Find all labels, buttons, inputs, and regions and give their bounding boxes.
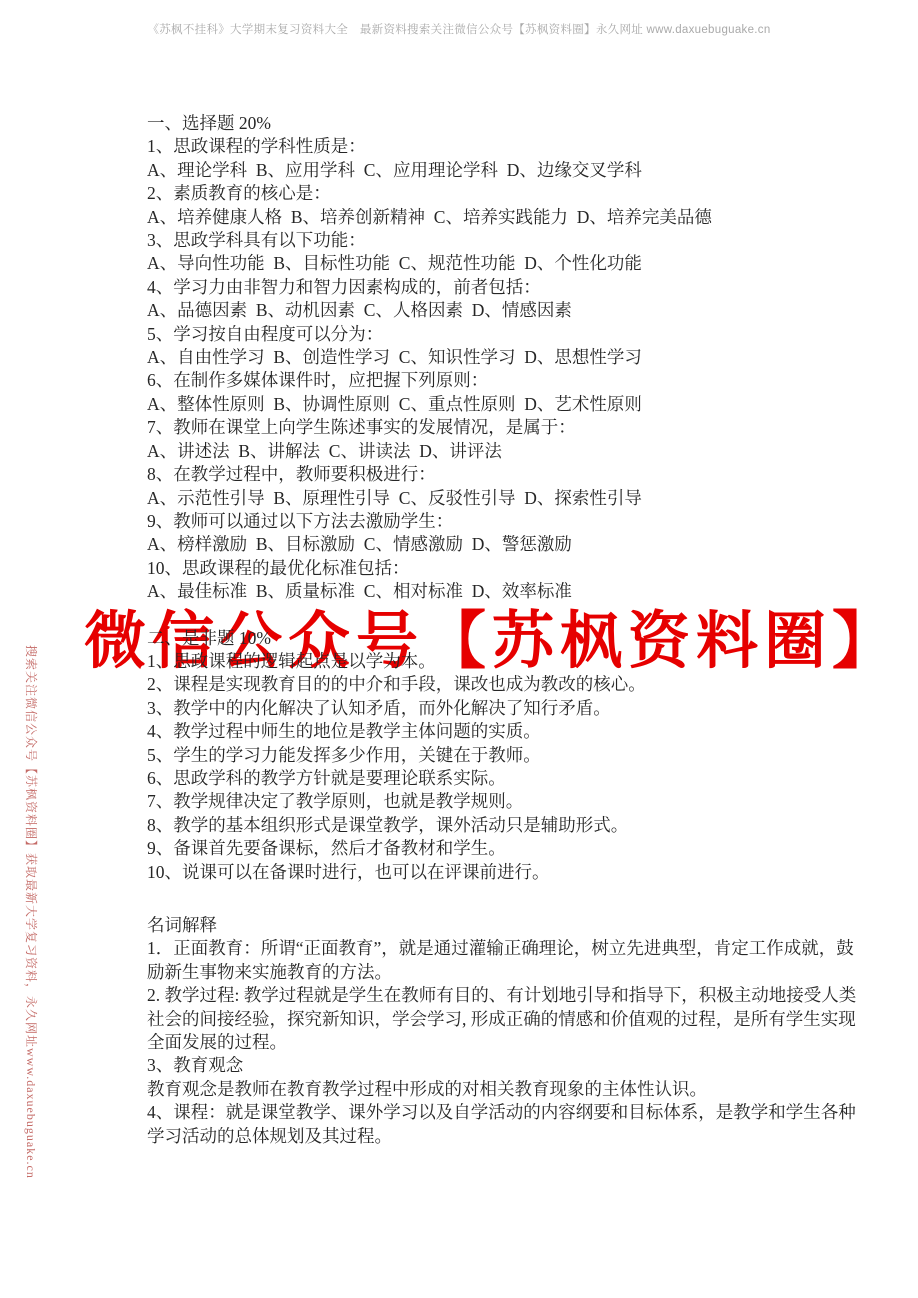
document-line: A、自由性学习 B、创造性学习 C、知识性学习 D、思想性学习 [147, 346, 861, 369]
document-line: 6、思政学科的教学方针就是要理论联系实际。 [147, 767, 861, 790]
document-line: A、示范性引导 B、原理性引导 C、反驳性引导 D、探索性引导 [147, 487, 861, 510]
document-line: 3、教育观念 [147, 1054, 861, 1077]
document-line: 10、思政课程的最优化标准包括： [147, 557, 861, 580]
document-line: 4、课程：就是课堂教学、课外学习以及自学活动的内容纲要和目标体系，是教学和学生各… [147, 1101, 861, 1148]
document-line: 10、说课可以在备课时进行，也可以在评课前进行。 [147, 861, 861, 884]
document-line: 1．正面教育：所谓“正面教育”，就是通过灌输正确理论，树立先进典型，肯定工作成就… [147, 937, 861, 984]
section2-title: 二、是非题 10% [147, 627, 861, 650]
document-line: 6、在制作多媒体课件时，应把握下列原则： [147, 369, 861, 392]
document-line: A、最佳标准 B、质量标准 C、相对标准 D、效率标准 [147, 580, 861, 603]
section-gap [147, 884, 861, 914]
document-line: A、讲述法 B、讲解法 C、讲读法 D、讲评法 [147, 440, 861, 463]
side-watermark: 搜索关注微信公众号【苏枫资料圈】获取最新大学复习资料，永久网址www.daxue… [23, 645, 40, 1179]
document-line: 9、备课首先要备课标，然后才备教材和学生。 [147, 837, 861, 860]
document-line: A、理论学科 B、应用学科 C、应用理论学科 D、边缘交叉学科 [147, 159, 861, 182]
header-note: 《苏枫不挂科》大学期末复习资料大全 最新资料搜索关注微信公众号【苏枫资料圈】永久… [0, 21, 918, 37]
document-line: 8、在教学过程中，教师要积极进行： [147, 463, 861, 486]
section1-title: 一、选择题 20% [147, 112, 861, 135]
document-line: 2、课程是实现教育目的的中介和手段，课改也成为教改的核心。 [147, 673, 861, 696]
document-line: A、品德因素 B、动机因素 C、人格因素 D、情感因素 [147, 299, 861, 322]
document-line: 1、思政课程的逻辑起点是以学为本。 [147, 650, 861, 673]
document-body: 一、选择题 20%1、思政课程的学科性质是：A、理论学科 B、应用学科 C、应用… [147, 112, 861, 1148]
document-line: A、榜样激励 B、目标激励 C、情感激励 D、警惩激励 [147, 533, 861, 556]
document-line: 1、思政课程的学科性质是： [147, 135, 861, 158]
document-line: 3、教学中的内化解决了认知矛盾，而外化解决了知行矛盾。 [147, 697, 861, 720]
document-line: A、培养健康人格 B、培养创新精神 C、培养实践能力 D、培养完美品德 [147, 206, 861, 229]
section-gap [147, 604, 861, 627]
document-line: 9、教师可以通过以下方法去激励学生： [147, 510, 861, 533]
document-line: 4、教学过程中师生的地位是教学主体问题的实质。 [147, 720, 861, 743]
document-line: 4、学习力由非智力和智力因素构成的，前者包括： [147, 276, 861, 299]
section3-title: 名词解释 [147, 914, 861, 937]
document-line: 8、教学的基本组织形式是课堂教学，课外活动只是辅助形式。 [147, 814, 861, 837]
document-line: 3、思政学科具有以下功能： [147, 229, 861, 252]
document-line: 教育观念是教师在教育教学过程中形成的对相关教育现象的主体性认识。 [147, 1078, 861, 1101]
document-page: 《苏枫不挂科》大学期末复习资料大全 最新资料搜索关注微信公众号【苏枫资料圈】永久… [0, 0, 918, 1298]
document-line: 2、素质教育的核心是： [147, 182, 861, 205]
document-line: A、整体性原则 B、协调性原则 C、重点性原则 D、艺术性原则 [147, 393, 861, 416]
document-line: 5、学生的学习力能发挥多少作用，关键在于教师。 [147, 744, 861, 767]
document-line: 5、学习按自由程度可以分为： [147, 323, 861, 346]
document-line: 2. 教学过程: 教学过程就是学生在教师有目的、有计划地引导和指导下，积极主动地… [147, 984, 861, 1054]
document-line: 7、教师在课堂上向学生陈述事实的发展情况，是属于： [147, 416, 861, 439]
document-line: 7、教学规律决定了教学原则，也就是教学规则。 [147, 790, 861, 813]
document-line: A、导向性功能 B、目标性功能 C、规范性功能 D、个性化功能 [147, 252, 861, 275]
